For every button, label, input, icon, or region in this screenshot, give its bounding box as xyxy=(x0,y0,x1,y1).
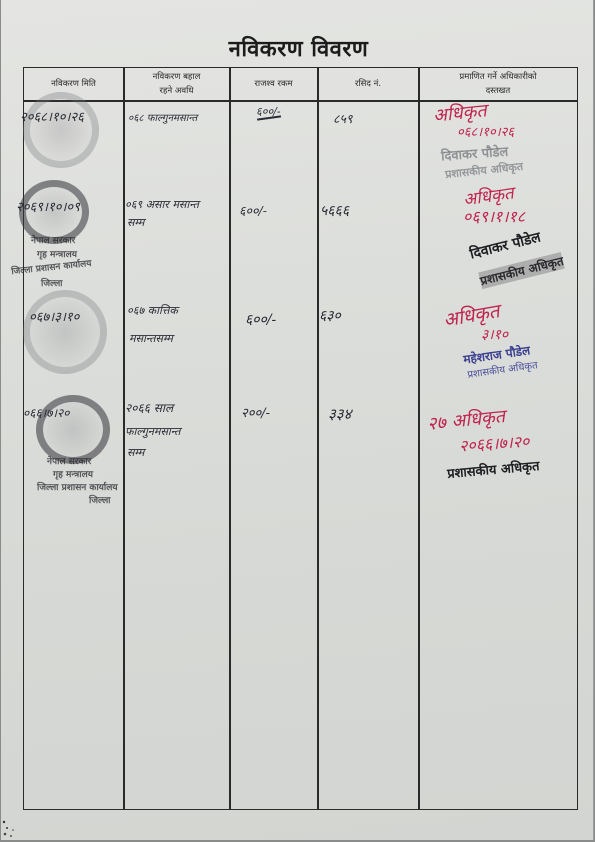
header-divider xyxy=(24,100,577,102)
column-divider xyxy=(418,68,420,809)
header-certifying-officer-signature: प्रमाणित गर्ने अधिकारीको दस्तखत xyxy=(419,68,577,100)
header-label: नविकरण बहाल xyxy=(153,70,201,84)
stamp-text: जिल्ला xyxy=(41,276,63,289)
stamp-text: गृह मन्त्रालय xyxy=(53,467,93,480)
header-label: राजश्व रकम xyxy=(254,77,292,91)
paper-specks xyxy=(1,810,31,840)
row-4-validity-line3: सम्म xyxy=(127,444,144,461)
column-divider xyxy=(317,68,319,809)
row-3-validity-line2: मसान्तसम्म xyxy=(129,330,173,347)
office-stamp-faint xyxy=(23,290,107,374)
row-4-validity-line2: फाल्गुनमसान्त xyxy=(125,423,180,440)
header-receipt-no: रसिद नं. xyxy=(318,68,418,100)
row-1-renewal-date: २०६८।१०।२६ xyxy=(20,109,84,126)
row-1-validity: ०६८ फाल्गुनमसान्त xyxy=(128,110,197,127)
header-label: दस्तखत xyxy=(486,84,510,98)
row-1-receipt-no: ८५९ xyxy=(333,110,353,127)
header-label: नविकरण मिति xyxy=(51,77,96,91)
stamp-text: जिल्ला xyxy=(89,493,111,506)
stamp-text: नेपाल सरकार xyxy=(31,233,75,246)
row-3-revenue-amount: ६००/- xyxy=(245,312,276,329)
column-divider xyxy=(229,68,231,809)
row-3-renewal-date: ०६७।३।१० xyxy=(29,309,79,326)
office-stamp-faint xyxy=(23,92,99,168)
row-4-validity-line1: २०६६ साल xyxy=(125,400,173,417)
stamp-text: नेपाल सरकार xyxy=(47,454,91,467)
stamp-text: जिल्ला प्रशासन कार्यालय xyxy=(37,480,118,493)
row-2-validity-line1: ०६९ असार मसान्त xyxy=(125,196,199,213)
row-2-revenue-amount: ६००/- xyxy=(239,202,267,219)
header-validity-period: नविकरण बहाल रहने अवधि xyxy=(124,68,229,100)
header-revenue-amount: राजश्व रकम xyxy=(230,68,317,100)
row-4-receipt-no: ३३४ xyxy=(328,406,351,423)
row-4-revenue-amount: २००/- xyxy=(241,405,270,422)
page-title: नविकरण विवरण xyxy=(1,33,595,63)
row-2-validity-line2: सम्म xyxy=(127,214,144,231)
row-2-receipt-no: ५६६६ xyxy=(320,203,349,220)
row-1-signature-date: ०६८।१०।२६ xyxy=(457,122,514,140)
row-3-validity-line1: ०६७ कात्तिक xyxy=(127,302,178,319)
row-2-signature-date: ०६९।१।१८ xyxy=(463,205,525,227)
row-3-signature-date: ३।१० xyxy=(481,325,508,344)
row-3-receipt-no: ६३० xyxy=(319,308,341,325)
header-label: प्रमाणित गर्ने अधिकारीको xyxy=(459,70,536,84)
document-page: नविकरण विवरण नविकरण मिति नविकरण बहाल रहन… xyxy=(1,0,594,840)
row-2-renewal-date: २०६९।१०।०९ xyxy=(16,199,80,216)
header-label: रसिद नं. xyxy=(355,77,381,91)
row-4-renewal-date: ०६६।७।२० xyxy=(23,405,70,422)
header-label: रहने अवधि xyxy=(159,84,193,98)
